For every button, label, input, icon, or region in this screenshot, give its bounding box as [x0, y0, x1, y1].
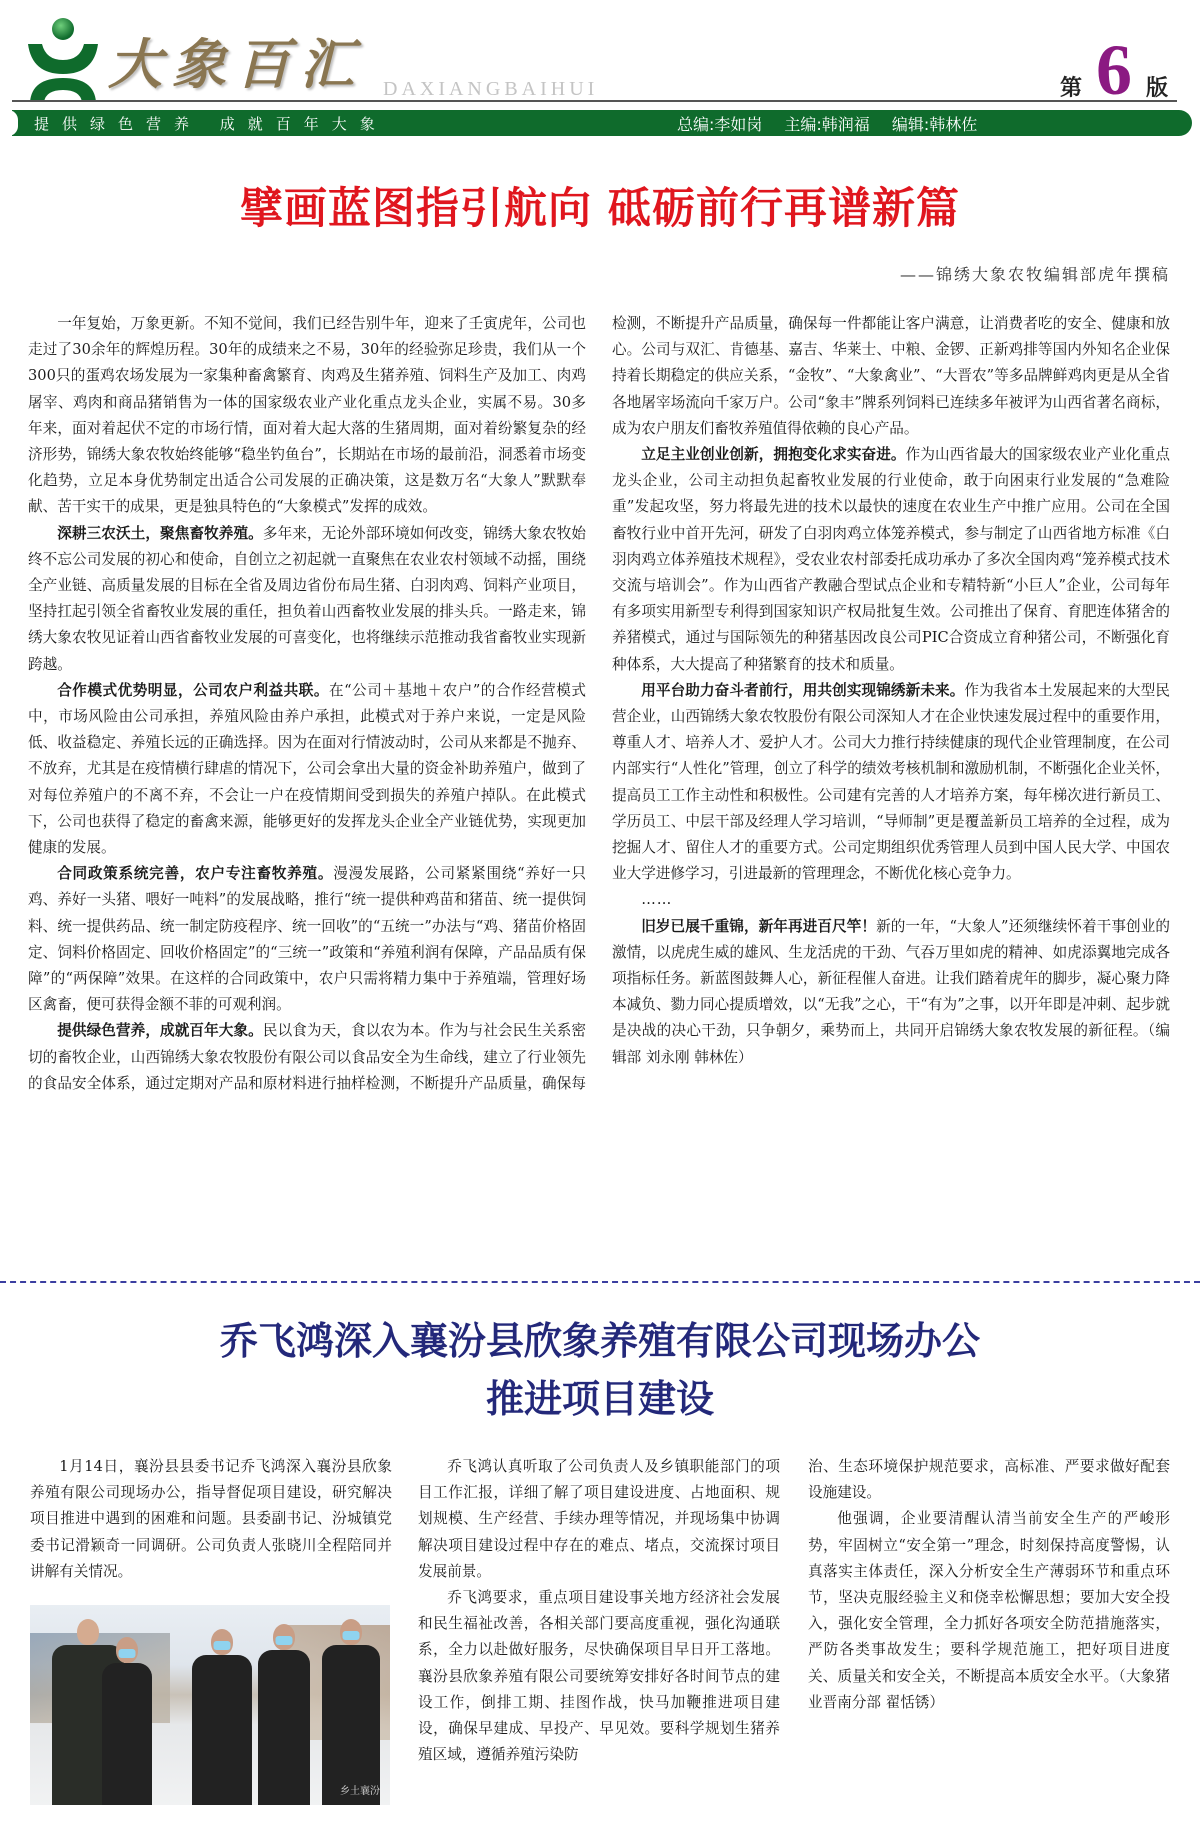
- article2-paragraph: 乔飞鸿要求，重点项目建设事关地方经济社会发展和民生福祉改善，各相关部门要高度重视…: [418, 1585, 780, 1768]
- article2-column-3: 治、生态环境保护规范要求，高标准、严要求做好配套设施建设。 他强调，企业要清醒认…: [808, 1454, 1170, 1716]
- article1-column-right: 检测，不断提升产品质量，确保每一件都能让客户满意，让消费者吃的安全、健康和放心。…: [612, 311, 1170, 1071]
- article1-paragraph: 一年复始，万象更新。不知不觉间，我们已经告别牛年，迎来了壬寅虎年，公司也走过了3…: [28, 311, 586, 521]
- article1-paragraph: 旧岁已展千重锦，新年再进百尺竿！新的一年，“大象人”还须继续怀着干事创业的激情，…: [612, 914, 1170, 1071]
- section-lead: 立足主业创业创新，拥抱变化求实奋进。: [641, 446, 905, 463]
- article1-paragraph: 用平台助力奋斗者前行，用共创实现锦绣新未来。作为我省本土发展起来的大型民营企业，…: [612, 678, 1170, 888]
- article1-column-left: 一年复始，万象更新。不知不觉间，我们已经告别牛年，迎来了壬寅虎年，公司也走过了3…: [28, 311, 586, 1097]
- edition-prefix: 第: [1060, 71, 1082, 102]
- article2-title: 乔飞鸿深入襄汾县欣象养殖有限公司现场办公 推进项目建设: [0, 1312, 1200, 1428]
- article2-column-2: 乔飞鸿认真听取了公司负责人及乡镇职能部门的项目工作汇报，详细了解了项目建设进度、…: [418, 1454, 780, 1768]
- person-figure: [322, 1645, 380, 1805]
- article1-paragraph-continued: 检测，不断提升产品质量，确保每一件都能让客户满意，让消费者吃的安全、健康和放心。…: [612, 311, 1170, 442]
- masthead: 大象百汇 DAXIANGBAIHUI 第 6 版 提供绿色营养 成就百年大象 总…: [0, 0, 1200, 135]
- masthead-rule: [12, 100, 1177, 102]
- section-lead: 提供绿色营养，成就百年大象。: [57, 1022, 263, 1039]
- article2-paragraph-continued: 治、生态环境保护规范要求，高标准、严要求做好配套设施建设。: [808, 1454, 1170, 1506]
- photo-watermark: 乡土襄汾: [340, 1782, 380, 1797]
- article2-title-line2: 推进项目建设: [0, 1370, 1200, 1428]
- article2-paragraph: 1月14日，襄汾县县委书记乔飞鸿深入襄汾县欣象养殖有限公司现场办公，指导督促项目…: [30, 1454, 392, 1585]
- article2-photo: 乡土襄汾: [30, 1605, 390, 1805]
- article2-column-1: 1月14日，襄汾县县委书记乔飞鸿深入襄汾县欣象养殖有限公司现场办公，指导督促项目…: [30, 1454, 392, 1585]
- article1-paragraph: 合同政策系统完善，农户专注畜牧养殖。漫漫发展路，公司紧紧围绕“养好一只鸡、养好一…: [28, 861, 586, 1018]
- article1-paragraph: 提供绿色营养，成就百年大象。民以食为天，食以农为本。作为与社会民生关系密切的畜牧…: [28, 1018, 586, 1097]
- section-lead: 合作模式优势明显，公司农户利益共联。: [57, 682, 329, 699]
- article1-byline: ——锦绣大象农牧编辑部虎年撰稿: [900, 262, 1170, 285]
- section-lead: 旧岁已展千重锦，新年再进百尺竿！: [641, 918, 876, 935]
- person-figure: [258, 1650, 310, 1805]
- article1-title: 擘画蓝图指引航向 砥砺前行再谱新篇: [0, 175, 1200, 236]
- credit-managing-editor: 主编:韩润福: [784, 112, 869, 135]
- edition-number: 第 6 版: [1060, 30, 1168, 106]
- newspaper-pinyin: DAXIANGBAIHUI: [383, 78, 598, 101]
- article2-paragraph: 他强调，企业要清醒认清当前安全生产的严峻形势，牢固树立“安全第一”理念，时刻保持…: [808, 1506, 1170, 1716]
- article-divider: [0, 1281, 1200, 1283]
- article1-paragraph: 深耕三农沃土，聚焦畜牧养殖。多年来，无论外部环境如何改变，锦绣大象农牧始终不忘公…: [28, 521, 586, 678]
- article1-paragraph: 立足主业创业创新，拥抱变化求实奋进。作为山西省最大的国家级农业产业化重点龙头企业…: [612, 442, 1170, 678]
- person-figure: [102, 1663, 152, 1805]
- credit-editor: 编辑:韩林佐: [892, 112, 977, 135]
- article2-title-line1: 乔飞鸿深入襄汾县欣象养殖有限公司现场办公: [0, 1312, 1200, 1370]
- masthead-band: 提供绿色营养 成就百年大象 总编:李如岗 主编:韩润福 编辑:韩林佐: [12, 110, 1192, 136]
- article1-paragraph: 合作模式优势明显，公司农户利益共联。在“公司＋基地＋农户”的合作经营模式中，市场…: [28, 678, 586, 861]
- edition-suffix: 版: [1146, 71, 1168, 102]
- editor-credits: 总编:李如岗 主编:韩润福 编辑:韩林佐: [677, 112, 977, 135]
- section-lead: 深耕三农沃土，聚焦畜牧养殖。: [57, 525, 263, 542]
- ellipsis: ……: [612, 887, 1170, 913]
- section-lead: 用平台助力奋斗者前行，用共创实现锦绣新未来。: [641, 682, 964, 699]
- slogan: 提供绿色营养 成就百年大象: [34, 113, 388, 134]
- newspaper-title: 大象百汇: [108, 22, 364, 99]
- section-lead: 合同政策系统完善，农户专注畜牧养殖。: [57, 865, 333, 882]
- credit-chief-editor: 总编:李如岗: [677, 112, 762, 135]
- elephant-logo-icon: [26, 16, 100, 102]
- person-figure: [192, 1655, 252, 1805]
- edition-page-number: 6: [1096, 34, 1132, 106]
- article2-paragraph: 乔飞鸿认真听取了公司负责人及乡镇职能部门的项目工作汇报，详细了解了项目建设进度、…: [418, 1454, 780, 1585]
